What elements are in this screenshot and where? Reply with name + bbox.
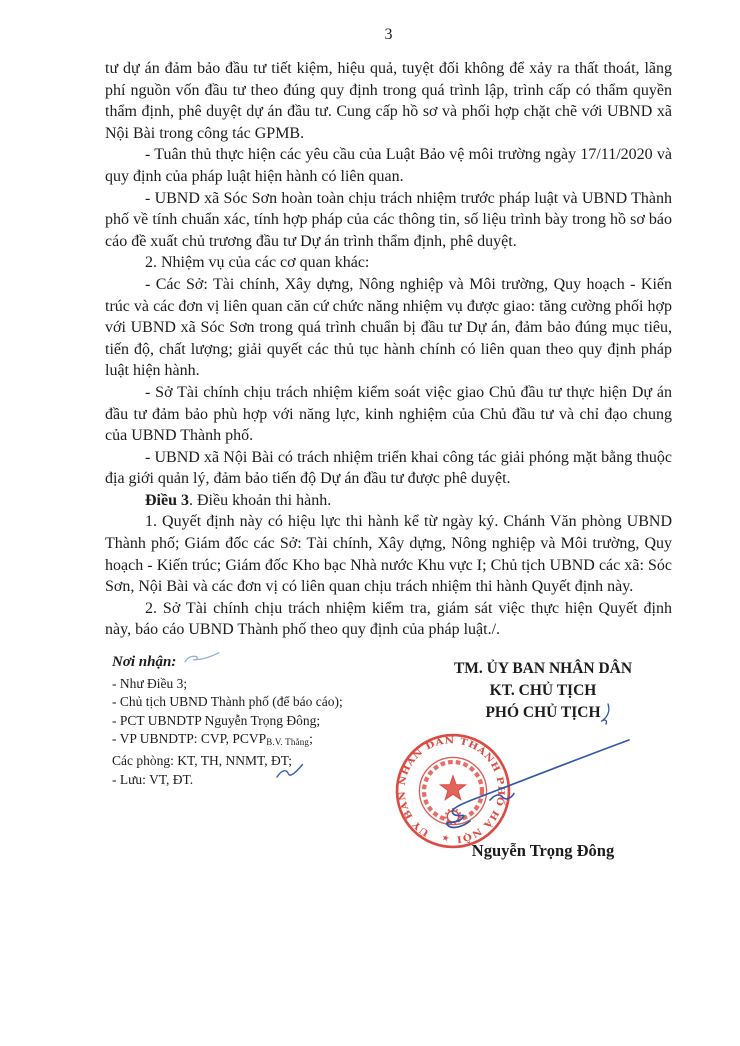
body-paragraph: tư dự án đảm bảo đầu tư tiết kiệm, hiệu … — [105, 58, 672, 144]
signer-title: PHÓ CHỦ TỊCH — [412, 702, 674, 724]
recipient-item: - VP UBNDTP: CVP, PCVPB.V. Thắng; — [112, 730, 392, 752]
recipients-header: Nơi nhận: — [112, 653, 392, 672]
recipient-item-tail: ; — [309, 731, 313, 746]
recipient-item-text: - VP UBNDTP: CVP, PCVP — [112, 731, 266, 746]
recipient-item: - Như Điều 3; — [112, 675, 392, 694]
body-paragraph: - Sở Tài chính chịu trách nhiệm kiểm soá… — [105, 382, 672, 447]
recipient-item-subscript: B.V. Thắng — [266, 737, 309, 747]
body-paragraph: - Các Sở: Tài chính, Xây dựng, Nông nghi… — [105, 274, 672, 382]
seal-separator-star: ★ — [440, 833, 450, 845]
body-paragraph: 2. Sở Tài chính chịu trách nhiệm kiểm tr… — [105, 598, 672, 641]
body-paragraph: - UBND xã Sóc Sơn hoàn toàn chịu trách n… — [105, 188, 672, 253]
document-body: tư dự án đảm bảo đầu tư tiết kiệm, hiệu … — [105, 58, 672, 641]
body-paragraph: - Tuân thủ thực hiện các yêu cầu của Luậ… — [105, 144, 672, 187]
article-heading: Điều 3. Điều khoản thi hành. — [105, 490, 672, 512]
page-number: 3 — [105, 26, 672, 44]
signing-authority: TM. ỦY BAN NHÂN DÂN — [412, 658, 674, 680]
article-title: . Điều khoản thi hành. — [189, 492, 331, 509]
article-label: Điều 3 — [145, 492, 189, 509]
body-paragraph: 1. Quyết định này có hiệu lực thi hành k… — [105, 511, 672, 597]
recipient-item: Các phòng: KT, TH, NNMT, ĐT; — [112, 752, 392, 771]
official-seal-icon: ỦY BAN NHÂN DÂN THÀNH PHỐ HÀ NỘI ★ — [394, 732, 512, 850]
recipient-item: - Chủ tịch UBND Thành phố (để báo cáo); — [112, 693, 392, 712]
recipients-block: Nơi nhận: - Như Điều 3; - Chủ tịch UBND … — [112, 653, 392, 789]
recipient-item: - PCT UBNDTP Nguyễn Trọng Đông; — [112, 712, 392, 731]
signing-capacity: KT. CHỦ TỊCH — [412, 680, 674, 702]
document-page: 3 tư dự án đảm bảo đầu tư tiết kiệm, hiệ… — [0, 0, 740, 1046]
body-paragraph: 2. Nhiệm vụ của các cơ quan khác: — [105, 252, 672, 274]
recipient-item: - Lưu: VT, ĐT. — [112, 771, 392, 790]
body-paragraph: - UBND xã Nội Bài có trách nhiệm triển k… — [105, 447, 672, 490]
seal-star — [440, 776, 465, 800]
official-seal: ỦY BAN NHÂN DÂN THÀNH PHỐ HÀ NỘI ★ — [394, 732, 512, 850]
